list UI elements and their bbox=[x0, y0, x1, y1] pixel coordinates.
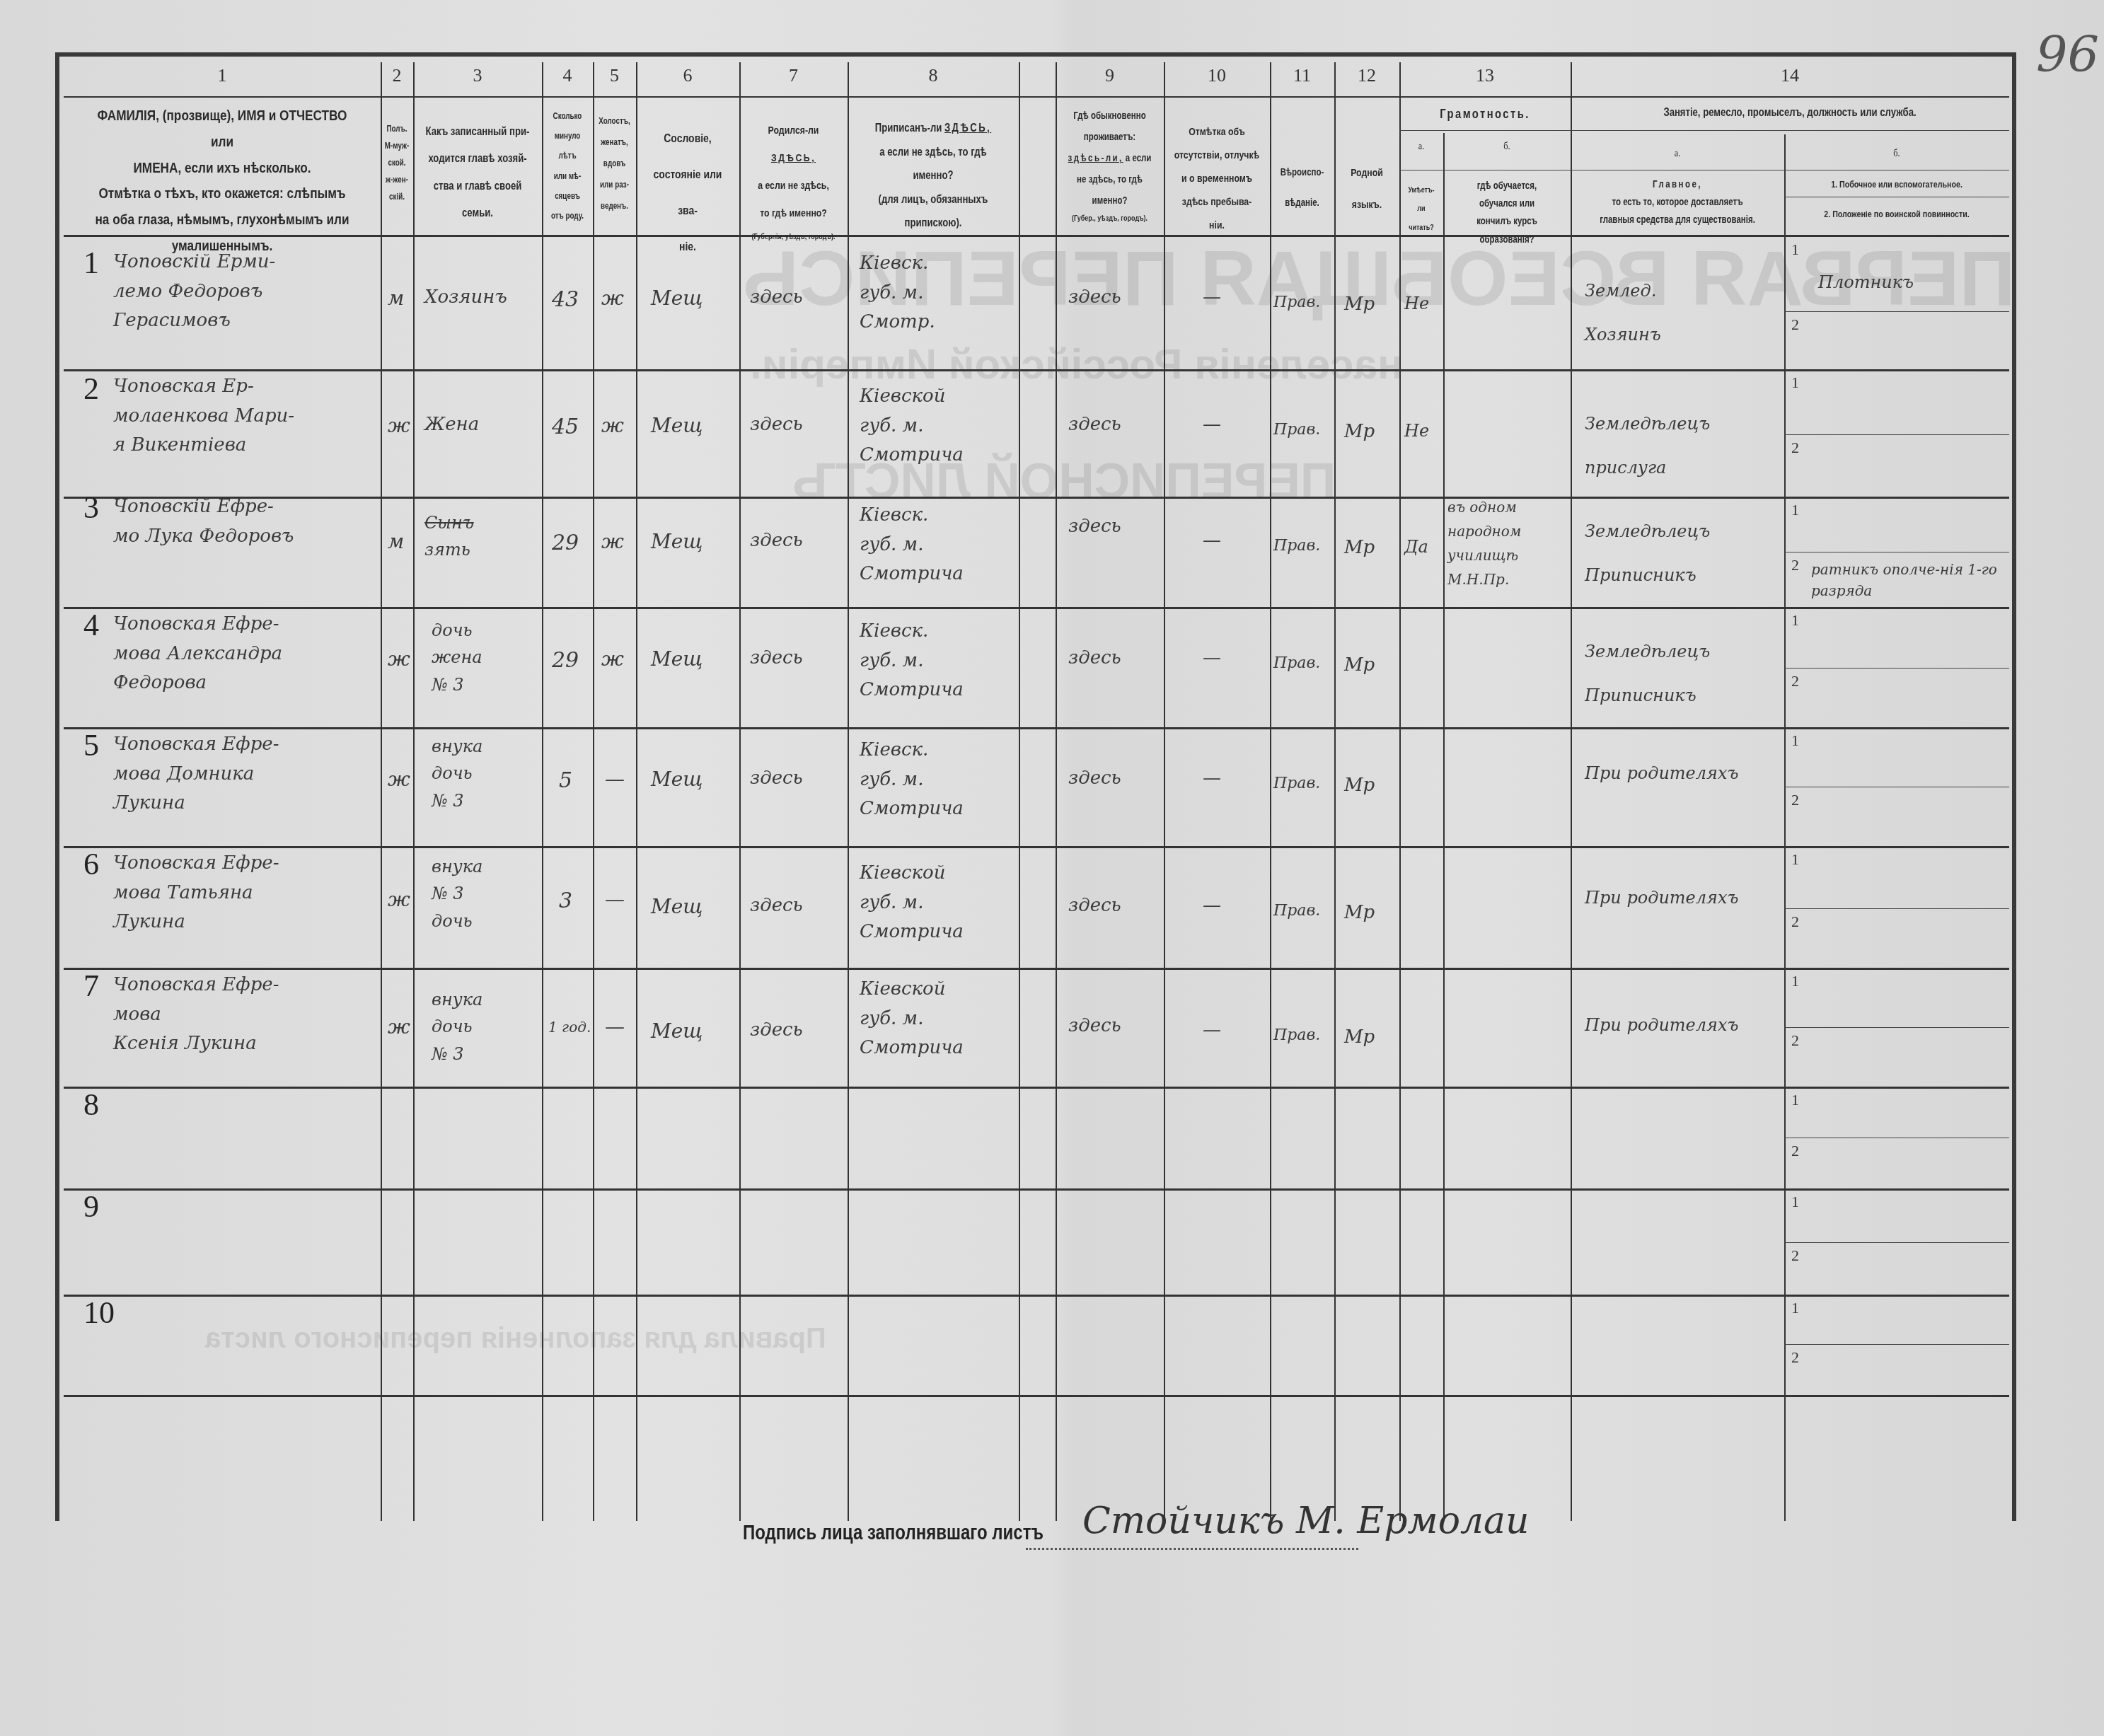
cell-occupation-main: ЗемледѣлецъПриписникъ bbox=[1585, 509, 1710, 598]
col-divider bbox=[1443, 133, 1445, 1521]
header-col14a-main: Главное,то есть то, которое доставляетъг… bbox=[1590, 175, 1765, 229]
cell-age: 43 bbox=[552, 283, 579, 317]
header-col1: ФАМИЛІЯ, (прозвище), ИМЯ и ОТЧЕСТВО илиИ… bbox=[92, 103, 352, 260]
subrow-line bbox=[1784, 311, 2009, 312]
col-number: 10 bbox=[1164, 65, 1270, 89]
cell-religion: Прав. bbox=[1273, 771, 1320, 796]
header-col5-marital: Холостъ,женатъ,вдовъили раз-веденъ. bbox=[596, 110, 632, 216]
col-divider bbox=[1784, 134, 1786, 1521]
cell-estate: Мещ bbox=[651, 283, 703, 315]
cell-sex: м bbox=[388, 283, 404, 315]
cell-religion: Прав. bbox=[1273, 651, 1320, 676]
col-divider bbox=[1270, 62, 1271, 1521]
col-number: 5 bbox=[593, 65, 636, 89]
cell-residence: здесь bbox=[1068, 410, 1121, 440]
header-col14b-military: 2. Положеніе по воинской повинности. bbox=[1805, 207, 1989, 223]
cell-name: Чоповскій Ефре-мо Лука Федоровъ bbox=[113, 492, 294, 551]
cell-registered: Кіевск.губ. м.Смотрича bbox=[860, 501, 964, 589]
cell-residence: здесь bbox=[1068, 283, 1121, 313]
cell-name: Чоповская Ефре-мова ТатьянаЛукина bbox=[113, 849, 279, 937]
cell-sex: м bbox=[388, 526, 404, 558]
sub-label: 1 bbox=[1791, 611, 1799, 630]
cell-absence: — bbox=[1203, 526, 1221, 556]
cell-sex: ж bbox=[388, 764, 410, 796]
cell-born: здесь bbox=[750, 891, 803, 921]
header-col14b-secondary: 1. Побочное или вспомогательное. bbox=[1805, 177, 1989, 193]
col-number: 11 bbox=[1270, 65, 1334, 89]
sub-label: 2 bbox=[1791, 439, 1799, 457]
sub-label: 1 bbox=[1791, 1193, 1799, 1211]
cell-relation: Жена bbox=[424, 410, 479, 440]
cell-estate: Мещ bbox=[651, 1016, 703, 1048]
cell-residence: здесь bbox=[1068, 512, 1121, 542]
col-number: 4 bbox=[542, 65, 593, 89]
col-divider bbox=[848, 62, 849, 1521]
sub-label: 1 bbox=[1791, 501, 1799, 519]
signature-label: Подпись лица заполнявшаго листъ bbox=[743, 1521, 1044, 1545]
row-line bbox=[64, 497, 2009, 499]
sub-label: 1 bbox=[1791, 972, 1799, 990]
header-subline bbox=[1399, 130, 2009, 131]
cell-estate: Мещ bbox=[651, 764, 703, 796]
header-col7-birthplace: Родился-ли ЗДѢСЬ, а если не здѣсь,то гдѣ… bbox=[749, 117, 838, 248]
signature-line bbox=[1026, 1548, 1358, 1550]
cell-religion: Прав. bbox=[1273, 898, 1320, 923]
header-subline bbox=[1399, 170, 2009, 170]
header-col2-sex: Полъ.М-муж-ской.ж-жен-скій. bbox=[383, 120, 410, 205]
header-bottom-line bbox=[64, 235, 2009, 237]
header-col10-absence: Отмѣтка объотсутствіи, отлучкѣи о времен… bbox=[1174, 120, 1261, 237]
sub-label: 1 bbox=[1791, 850, 1799, 869]
sub-label: 1 bbox=[1791, 731, 1799, 750]
cell-relation: внука№ 3дочь bbox=[432, 853, 482, 934]
sub-label: 2 bbox=[1791, 791, 1799, 809]
cell-religion: Прав. bbox=[1273, 533, 1320, 558]
cell-registered: Кіевск.губ. м.Смотр. bbox=[860, 249, 935, 337]
sub-label: 2 bbox=[1791, 913, 1799, 931]
cell-estate: Мещ bbox=[651, 410, 703, 442]
row-line bbox=[64, 1395, 2009, 1397]
subrow-line bbox=[1784, 668, 2009, 669]
header-col8-registered: Приписанъ-ли ЗДѢСЬ, а если не здѣсь, то … bbox=[863, 117, 1003, 236]
row-number: 3 bbox=[83, 490, 99, 526]
cell-language: Мр bbox=[1344, 1023, 1375, 1053]
sub-label: 2 bbox=[1791, 1348, 1799, 1367]
col-number: 14 bbox=[1571, 65, 2009, 89]
cell-language: Мр bbox=[1344, 898, 1375, 928]
col-divider bbox=[636, 62, 637, 1521]
census-sheet: ПЕРВАЯ ВСЕОБЩАЯ ПЕРЕПИСЬ населенія Россі… bbox=[0, 0, 2104, 1736]
header-col13a-can-read: Умѣетъ-личитать? bbox=[1404, 181, 1440, 237]
cell-born: здесь bbox=[750, 283, 803, 313]
sub-label: 2 bbox=[1791, 556, 1799, 574]
col-divider bbox=[1056, 62, 1057, 1521]
row-line bbox=[64, 846, 2009, 848]
header-col12-language: Роднойязыкъ. bbox=[1340, 157, 1393, 221]
cell-residence: здесь bbox=[1068, 891, 1121, 921]
row-number: 9 bbox=[83, 1188, 99, 1225]
row-number: 5 bbox=[83, 727, 99, 763]
row-number: 10 bbox=[83, 1295, 115, 1331]
cell-born: здесь bbox=[750, 764, 803, 794]
row-number: 8 bbox=[83, 1087, 99, 1123]
cell-absence: — bbox=[1203, 410, 1221, 440]
cell-marital: ж bbox=[601, 526, 624, 558]
cell-occupation-main: ЗемледѣлецъПриписникъ bbox=[1585, 630, 1710, 718]
col-number: 9 bbox=[1056, 65, 1164, 89]
header-col14-occupation-title: Занятіе, ремесло, промыселъ, должность и… bbox=[1610, 103, 1970, 123]
header-col14a-label: а. bbox=[1590, 144, 1765, 163]
col-number: 2 bbox=[381, 65, 413, 89]
cell-relation: внукадочь№ 3 bbox=[432, 986, 482, 1067]
row-line bbox=[64, 1188, 2009, 1191]
header-col13a-label: а. bbox=[1404, 137, 1440, 156]
header-col13-literacy-title: Грамотность. bbox=[1415, 103, 1555, 126]
col-divider bbox=[593, 62, 594, 1521]
cell-absence: — bbox=[1203, 1016, 1221, 1046]
col-number: 7 bbox=[739, 65, 848, 89]
cell-language: Мр bbox=[1344, 290, 1375, 320]
cell-born: здесь bbox=[750, 644, 803, 673]
header-subline bbox=[1784, 197, 2009, 197]
col-number: 12 bbox=[1334, 65, 1399, 89]
header-col4-age: Сколькоминулолѣтъили мѣ-сяцевъотъ роду. bbox=[546, 106, 588, 226]
cell-occupation-main: При родителяхъ bbox=[1585, 1012, 1739, 1038]
sub-label: 2 bbox=[1791, 1031, 1799, 1050]
subrow-line bbox=[1784, 1344, 2009, 1345]
cell-language: Мр bbox=[1344, 651, 1375, 681]
cell-literate: Не bbox=[1404, 290, 1429, 317]
cell-military-status: ратникъ ополче-нія 1-го разряда bbox=[1811, 559, 2002, 601]
row-number: 7 bbox=[83, 968, 99, 1004]
col-divider bbox=[1334, 62, 1336, 1521]
cell-age: 3 bbox=[559, 884, 572, 918]
cell-age: 5 bbox=[559, 764, 572, 798]
cell-residence: здесь bbox=[1068, 1012, 1121, 1041]
subrow-line bbox=[1784, 552, 2009, 552]
sub-label: 2 bbox=[1791, 672, 1799, 690]
cell-relation: дочьжена№ 3 bbox=[432, 617, 482, 698]
cell-born: здесь bbox=[750, 526, 803, 556]
col-number: 1 bbox=[64, 65, 381, 89]
col-divider bbox=[1164, 62, 1165, 1521]
cell-name: Чоповскій Ерми-лемо ФедоровъГерасимовъ bbox=[113, 248, 275, 336]
subrow-line bbox=[1784, 908, 2009, 909]
cell-marital: ж bbox=[601, 410, 624, 442]
cell-estate: Мещ bbox=[651, 891, 703, 923]
cell-born: здесь bbox=[750, 410, 803, 440]
header-col14b-label: б. bbox=[1805, 144, 1989, 163]
col-number: 3 bbox=[413, 65, 542, 89]
cell-absence: — bbox=[1203, 891, 1221, 921]
cell-marital: ж bbox=[601, 283, 624, 315]
cell-literate: Не bbox=[1404, 417, 1429, 444]
col-divider bbox=[413, 62, 415, 1521]
cell-absence: — bbox=[1203, 764, 1221, 794]
cell-name: Чоповская Ер-молаенкова Мари-я Викентіев… bbox=[113, 372, 294, 461]
cell-marital: — bbox=[605, 884, 625, 916]
cell-occupation-main: Земледѣлецъприслуга bbox=[1585, 402, 1710, 490]
cell-religion: Прав. bbox=[1273, 1023, 1320, 1048]
header-numbers-line bbox=[64, 96, 2009, 98]
signature: Стойчикъ М. Ермолаи bbox=[1082, 1500, 1530, 1542]
sub-label: 1 bbox=[1791, 374, 1799, 392]
row-line bbox=[64, 1295, 2009, 1297]
subrow-line bbox=[1784, 1027, 2009, 1028]
cell-marital: — bbox=[605, 1012, 625, 1043]
sub-label: 1 bbox=[1791, 1299, 1799, 1317]
col-divider bbox=[739, 62, 741, 1521]
cell-language: Мр bbox=[1344, 533, 1375, 563]
cell-age: 29 bbox=[552, 526, 579, 560]
subrow-line bbox=[1784, 434, 2009, 435]
row-number: 2 bbox=[83, 371, 99, 407]
cell-sex: ж bbox=[388, 884, 410, 916]
cell-marital: — bbox=[605, 764, 625, 796]
cell-relation: внукадочь№ 3 bbox=[432, 733, 482, 814]
cell-sex: ж bbox=[388, 644, 410, 676]
col-divider bbox=[1399, 62, 1401, 1521]
cell-name: Чоповская Ефре-моваКсенія Лукина bbox=[113, 971, 279, 1059]
cell-estate: Мещ bbox=[651, 644, 703, 676]
row-number: 4 bbox=[83, 607, 99, 643]
subrow-line bbox=[1784, 1138, 2009, 1138]
cell-religion: Прав. bbox=[1273, 417, 1320, 442]
cell-registered: Кіевскойгуб. м.Смотрича bbox=[860, 382, 964, 470]
col-number: 6 bbox=[636, 65, 739, 89]
cell-age: 1 год. bbox=[548, 1016, 591, 1038]
cell-absence: — bbox=[1203, 644, 1221, 673]
cell-age: 45 bbox=[552, 410, 579, 444]
col-number: 8 bbox=[848, 65, 1019, 89]
sub-label: 1 bbox=[1791, 241, 1799, 259]
sub-label: 1 bbox=[1791, 1091, 1799, 1109]
cell-registered: Кіевск.губ. м.Смотрича bbox=[860, 617, 964, 705]
cell-language: Мр bbox=[1344, 771, 1375, 801]
cell-name: Чоповская Ефре-мова ДомникаЛукина bbox=[113, 730, 279, 818]
cell-language: Мр bbox=[1344, 417, 1375, 447]
header-col11-religion: Вѣроиспо-вѣданіе. bbox=[1276, 157, 1329, 219]
sub-label: 2 bbox=[1791, 1142, 1799, 1160]
col-divider bbox=[1019, 62, 1020, 1521]
cell-registered: Кіевск.губ. м.Смотрича bbox=[860, 736, 964, 824]
cell-education: въ одномнародномучилищѣМ.Н.Пр. bbox=[1447, 495, 1521, 591]
row-line bbox=[64, 369, 2009, 371]
cell-sex: ж bbox=[388, 410, 410, 442]
cell-residence: здесь bbox=[1068, 644, 1121, 673]
page-number: 96 bbox=[2036, 25, 2099, 83]
subrow-line bbox=[1784, 787, 2009, 787]
cell-sex: ж bbox=[388, 1012, 410, 1043]
col-number: 13 bbox=[1399, 65, 1571, 89]
cell-absence: — bbox=[1203, 283, 1221, 313]
row-line bbox=[64, 968, 2009, 970]
row-line bbox=[64, 1087, 2009, 1089]
header-col3-relation: Какъ записанный при-ходится главѣ хозяй-… bbox=[424, 119, 530, 228]
cell-estate: Мещ bbox=[651, 526, 703, 558]
header-col6-estate: Сословіе,состояніе или зва-ніе. bbox=[645, 120, 730, 265]
cell-occupation-main: При родителяхъ bbox=[1585, 760, 1739, 787]
header-col13b-education: гдѣ обучается,обучался иликончилъ курсъо… bbox=[1455, 177, 1559, 248]
col-divider bbox=[381, 62, 382, 1521]
cell-registered: Кіевскойгуб. м.Смотрича bbox=[860, 975, 964, 1063]
cell-occupation-main: Землед.Хозяинъ bbox=[1585, 269, 1661, 357]
cell-literate: Да bbox=[1404, 533, 1428, 560]
cell-born: здесь bbox=[750, 1016, 803, 1046]
row-line bbox=[64, 727, 2009, 729]
row-number: 6 bbox=[83, 846, 99, 882]
row-number: 1 bbox=[83, 245, 99, 281]
subrow-line bbox=[1784, 1242, 2009, 1243]
cell-residence: здесь bbox=[1068, 764, 1121, 794]
header-col9-residence: Гдѣ обыкновеннопроживаетъ: здѣсь-ли, а е… bbox=[1065, 105, 1154, 228]
sub-label: 2 bbox=[1791, 1246, 1799, 1265]
cell-name: Чоповская Ефре-мова АлександраФедорова bbox=[113, 610, 282, 698]
cell-age: 29 bbox=[552, 644, 579, 678]
cell-relation: Сынъзять bbox=[424, 509, 474, 564]
col-divider bbox=[1571, 62, 1572, 1521]
header-col13b-label: б. bbox=[1455, 137, 1559, 156]
cell-marital: ж bbox=[601, 644, 624, 676]
cell-relation: Хозяинъ bbox=[424, 283, 507, 313]
sub-label: 2 bbox=[1791, 316, 1799, 334]
cell-religion: Прав. bbox=[1273, 290, 1320, 315]
row-line bbox=[64, 607, 2009, 609]
cell-registered: Кіевскойгуб. м.Смотрича bbox=[860, 859, 964, 947]
cell-occupation-main: При родителяхъ bbox=[1585, 884, 1739, 911]
col-divider bbox=[542, 62, 543, 1521]
cell-occupation-secondary: Плотникъ bbox=[1818, 269, 1914, 296]
